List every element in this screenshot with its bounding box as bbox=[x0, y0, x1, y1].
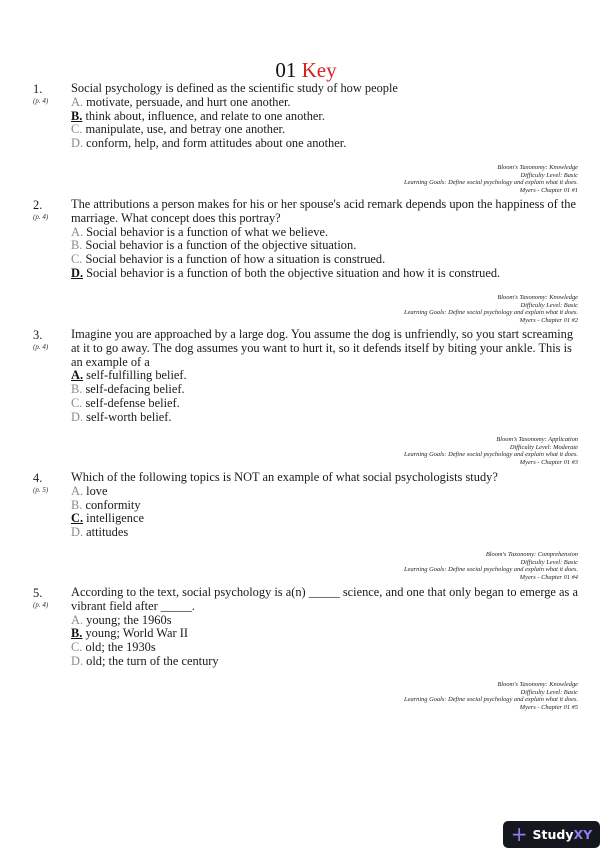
title-number: 01 bbox=[275, 58, 296, 82]
question-number: 5. bbox=[33, 586, 42, 600]
option-a: A. motivate, persuade, and hurt one anot… bbox=[71, 96, 581, 110]
option-b: B. conformity bbox=[71, 499, 581, 513]
page-ref: (p. 4) bbox=[33, 601, 48, 609]
page-ref: (p. 4) bbox=[33, 343, 48, 351]
option-c: C. manipulate, use, and betray one anoth… bbox=[71, 123, 581, 137]
option-d: D. conform, help, and form attitudes abo… bbox=[71, 137, 581, 151]
question-2-meta: Bloom's Taxonomy: Knowledge Difficulty L… bbox=[404, 294, 578, 324]
page-ref: (p. 4) bbox=[33, 97, 48, 105]
question-number: 1. bbox=[33, 82, 42, 96]
question-1-meta: Bloom's Taxonomy: Knowledge Difficulty L… bbox=[404, 164, 578, 194]
question-5-meta: Bloom's Taxonomy: Knowledge Difficulty L… bbox=[404, 681, 578, 711]
question-number: 4. bbox=[33, 471, 42, 485]
option-a: A. young; the 1960s bbox=[71, 614, 581, 628]
option-d: D. self-worth belief. bbox=[71, 411, 581, 425]
question-4-meta: Bloom's Taxonomy: Comprehension Difficul… bbox=[404, 551, 578, 581]
title-key: Key bbox=[302, 58, 337, 82]
option-c: C. old; the 1930s bbox=[71, 641, 581, 655]
question-stem: Imagine you are approached by a large do… bbox=[71, 328, 581, 369]
brand-name: StudyXY bbox=[533, 827, 593, 842]
page-ref: (p. 4) bbox=[33, 213, 48, 221]
option-b-correct: B. young; World War II bbox=[71, 627, 581, 641]
page-title: 01 Key bbox=[0, 58, 612, 82]
plus-icon: + bbox=[511, 824, 528, 844]
option-c: C. self-defense belief. bbox=[71, 397, 581, 411]
page-ref: (p. 5) bbox=[33, 486, 48, 494]
studyxy-badge[interactable]: + StudyXY bbox=[503, 821, 600, 848]
question-stem: According to the text, social psychology… bbox=[71, 586, 581, 614]
option-a: A. Social behavior is a function of what… bbox=[71, 226, 581, 240]
question-stem: Which of the following topics is NOT an … bbox=[71, 471, 581, 485]
question-number: 2. bbox=[33, 198, 42, 212]
option-a-correct: A. self-fulfilling belief. bbox=[71, 369, 581, 383]
question-3-meta: Bloom's Taxonomy: Application Difficulty… bbox=[404, 436, 578, 466]
question-number: 3. bbox=[33, 328, 42, 342]
option-a: A. love bbox=[71, 485, 581, 499]
option-c-correct: C. intelligence bbox=[71, 512, 581, 526]
question-stem: The attributions a person makes for his … bbox=[71, 198, 581, 226]
option-d-correct: D. Social behavior is a function of both… bbox=[71, 267, 581, 281]
question-stem: Social psychology is defined as the scie… bbox=[71, 82, 581, 96]
option-d: D. attitudes bbox=[71, 526, 581, 540]
option-c: C. Social behavior is a function of how … bbox=[71, 253, 581, 267]
option-b: B. Social behavior is a function of the … bbox=[71, 239, 581, 253]
option-b-correct: B. think about, influence, and relate to… bbox=[71, 110, 581, 124]
option-b: B. self-defacing belief. bbox=[71, 383, 581, 397]
option-d: D. old; the turn of the century bbox=[71, 655, 581, 669]
